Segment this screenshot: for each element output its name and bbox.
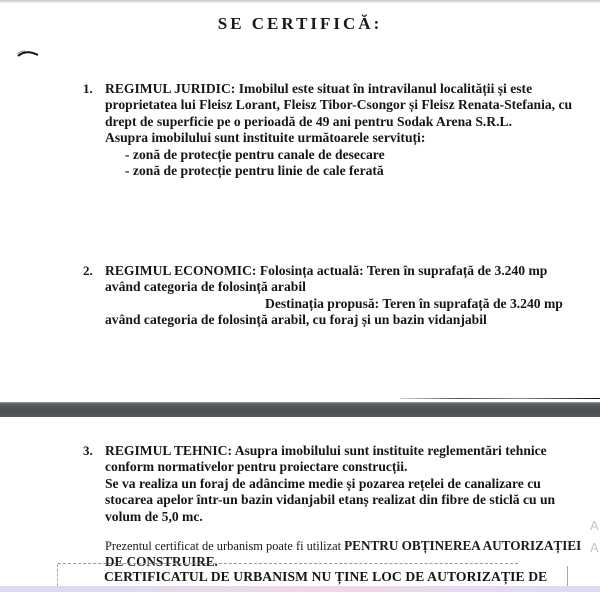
section-regim-juridic: 1. REGIMUL JURIDIC: Imobilul este situat… [83, 81, 600, 179]
page-separator [0, 402, 600, 417]
section-heading: REGIMUL JURIDIC: [105, 81, 235, 96]
usage-note-prefix: Prezentul certificat de urbanism poate f… [105, 539, 344, 553]
section-line: Destinația propusă: Teren în suprafață d… [105, 296, 600, 312]
margin-artifact: A [590, 540, 599, 555]
section-line: volum de 5,0 mc. [105, 509, 600, 525]
usage-note-emphasis: DE CONSTRUIRE. [105, 554, 218, 569]
servitude-item: - zonă de protecție pentru canale de des… [105, 147, 600, 163]
handwritten-mark-icon [16, 48, 40, 58]
section-line: stocarea apelor într-un bazin vidanjabil… [105, 492, 600, 508]
section-line: conform normativelor pentru proiectare c… [105, 459, 600, 475]
page-top-edge [0, 0, 600, 3]
section-line: proprietatea lui Fleisz Lorant, Fleisz T… [105, 97, 600, 113]
servitude-item: - zonă de protecție pentru linie de cale… [105, 163, 600, 179]
section-line: REGIMUL ECONOMIC: Folosința actuală: Ter… [105, 263, 600, 279]
section-line: având categoria de folosință arabil, cu … [105, 312, 600, 328]
section-line: REGIMUL JURIDIC: Imobilul este situat în… [105, 81, 600, 97]
box-right-border [567, 566, 568, 586]
section-heading: REGIMUL TEHNIC: [105, 443, 232, 458]
section-line: drept de superficie pe o perioadă de 49 … [105, 114, 600, 130]
usage-note-emphasis: PENTRU OBȚINEREA AUTORIZAȚIEI [344, 538, 581, 553]
section-line: având categoria de folosință arabil [105, 279, 600, 295]
box-left-border [57, 564, 58, 586]
section-line: Asupra imobilului sunt instituite următo… [105, 130, 600, 146]
warning-notice: CERTIFICATUL DE URBANISM NU ȚINE LOC DE … [104, 569, 547, 585]
margin-artifact: A [590, 518, 599, 533]
section-line: REGIMUL TEHNIC: Asupra imobilului sunt i… [105, 443, 600, 459]
box-top-border [58, 563, 518, 564]
usage-note: Prezentul certificat de urbanism poate f… [105, 538, 581, 570]
section-number: 2. [83, 263, 93, 279]
bottom-gradient-strip [0, 586, 600, 592]
document-title: SE CERTIFICĂ: [0, 14, 600, 34]
scan-rule [400, 398, 600, 399]
section-line: Se va realiza un foraj de adâncime medie… [105, 476, 600, 492]
section-regim-tehnic: 3. REGIMUL TEHNIC: Asupra imobilului sun… [83, 443, 600, 525]
section-heading: REGIMUL ECONOMIC: [105, 263, 256, 278]
section-regim-economic: 2. REGIMUL ECONOMIC: Folosința actuală: … [83, 263, 600, 329]
section-number: 1. [83, 81, 93, 97]
section-number: 3. [83, 443, 93, 459]
